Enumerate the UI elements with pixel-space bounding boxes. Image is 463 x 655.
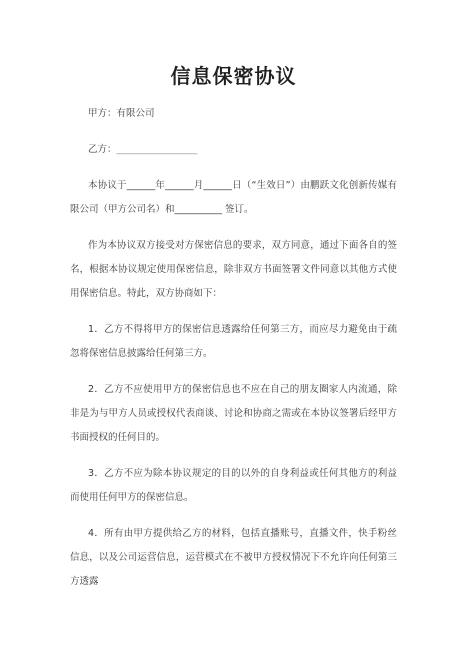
clause-paragraph-1: 1．乙方不得将甲方的保密信息透露给任何第三方，而应尽力避免由于疏忽将保密信息披露… xyxy=(70,318,397,366)
party-b-line: 乙方：_________________ xyxy=(70,138,397,162)
clause-paragraph-2: 2．乙方不应使用甲方的保密信息也不应在自己的朋友圈家人内流通，除非是为与甲方人员… xyxy=(70,378,397,450)
party-a-line: 甲方：有限公司 xyxy=(70,102,397,126)
clause-paragraph-4: 4．所有由甲方提供给乙方的材料，包括直播账号，直播文件，快手粉丝信息，以及公司运… xyxy=(70,522,397,594)
party-b-label: 乙方： xyxy=(88,144,117,155)
intro-paragraph-date: 本协议于______年______月______日（“生效日”）由鹏跃文化创新传… xyxy=(70,174,397,222)
party-b-blank-line: _________________ xyxy=(117,144,198,155)
intro-paragraph-agreement: 作为本协议双方接受对方保密信息的要求，双方同意，通过下面各自的签名，根据本协议规… xyxy=(70,234,397,306)
document-page: 信息保密协议 甲方：有限公司 乙方：_________________ 本协议于… xyxy=(0,0,463,655)
document-title: 信息保密协议 xyxy=(70,62,397,90)
clause-paragraph-3: 3．乙方不应为除本协议规定的目的以外的自身利益或任何其他方的利益而使用任何甲方的… xyxy=(70,462,397,510)
